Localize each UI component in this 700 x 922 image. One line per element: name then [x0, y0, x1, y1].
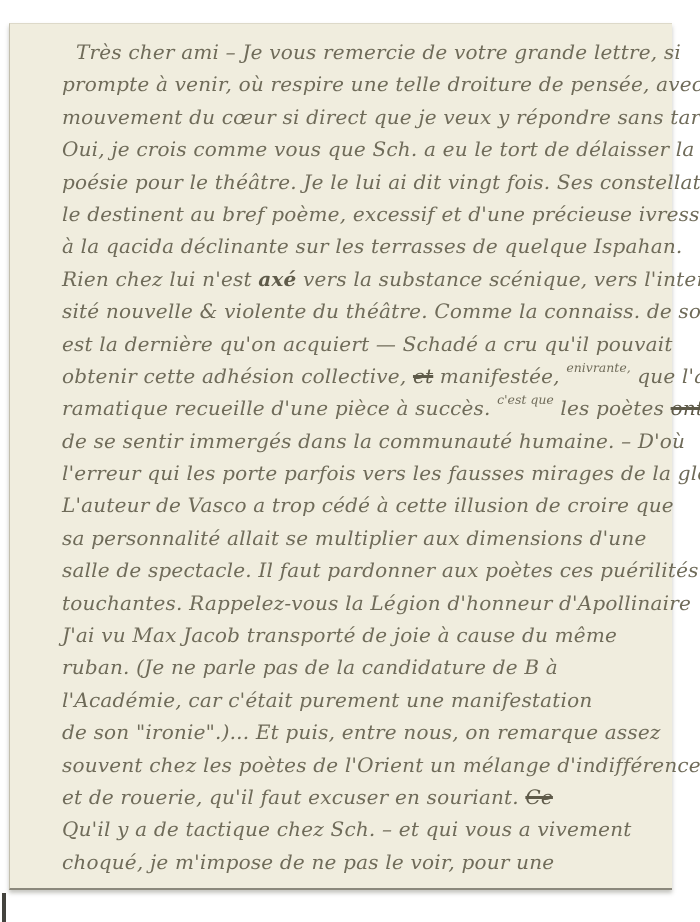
letter-line: mouvement du cœur si direct que je veux …: [62, 101, 666, 133]
inserted-word: c'est que: [497, 394, 554, 407]
letter-body: Très cher ami – Je vous remercie de votr…: [62, 36, 666, 878]
letter-line: Très cher ami – Je vous remercie de votr…: [62, 36, 666, 68]
letter-line: de se sentir immergés dans la communauté…: [62, 425, 666, 457]
letter-line: L'auteur de Vasco a trop cédé à cette il…: [62, 489, 666, 521]
letter-line: obtenir cette adhésion collective, et ma…: [62, 360, 666, 392]
letter-line: l'erreur qui les porte parfois vers les …: [62, 457, 666, 489]
letter-line: Rien chez lui n'est axé vers la substanc…: [62, 263, 666, 295]
line-text: obtenir cette adhésion collective,: [62, 364, 413, 388]
line-text: les poètes: [554, 396, 671, 420]
lower-sheet-edge: [2, 893, 6, 922]
scanned-letter: Très cher ami – Je vous remercie de votr…: [0, 0, 700, 922]
letter-line: est la dernière qu'on acquiert — Schadé …: [62, 328, 666, 360]
letter-line: sa personnalité allait se multiplier aux…: [62, 522, 666, 554]
letter-line: l'Académie, car c'était purement une man…: [62, 684, 666, 716]
letter-line: salle de spectacle. Il faut pardonner au…: [62, 554, 666, 586]
strikethrough-word: Ce: [525, 785, 553, 809]
line-text: et de rouerie, qu'il faut excuser en sou…: [62, 785, 525, 809]
letter-line: choqué, je m'impose de ne pas le voir, p…: [62, 846, 666, 878]
letter-line: le destinent au bref poème, excessif et …: [62, 198, 666, 230]
letter-line: souvent chez les poètes de l'Orient un m…: [62, 749, 666, 781]
letter-page: Très cher ami – Je vous remercie de votr…: [9, 23, 672, 890]
letter-line: de son "ironie".)... Et puis, entre nous…: [62, 716, 666, 748]
line-text: Rien chez lui n'est: [62, 267, 258, 291]
letter-line: poésie pour le théâtre. Je le lui ai dit…: [62, 166, 666, 198]
line-text: vers la substance scénique, vers l'inten: [296, 267, 700, 291]
letter-line: et de rouerie, qu'il faut excuser en sou…: [62, 781, 666, 813]
overwritten-word: axé: [258, 267, 296, 291]
letter-line: Oui, je crois comme vous que Sch. a eu l…: [62, 133, 666, 165]
letter-line: prompte à venir, où respire une telle dr…: [62, 68, 666, 100]
letter-line: J'ai vu Max Jacob transporté de joie à c…: [62, 619, 666, 651]
letter-line: ramatique recueille d'une pièce à succès…: [62, 392, 666, 424]
letter-line: ruban. (Je ne parle pas de la candidatur…: [62, 651, 666, 683]
strikethrough-word: ont: [671, 396, 700, 420]
letter-line: touchantes. Rappelez-vous la Légion d'ho…: [62, 587, 666, 619]
strikethrough-word: et: [413, 364, 433, 388]
inserted-word: enivrante,: [566, 362, 630, 375]
letter-line: à la qacida déclinante sur les terrasses…: [62, 230, 666, 262]
line-text: que l'auteur d: [631, 364, 700, 388]
letter-line: sité nouvelle & violente du théâtre. Com…: [62, 295, 666, 327]
line-text: manifestée,: [433, 364, 560, 388]
letter-line: Qu'il y a de tactique chez Sch. – et qui…: [62, 813, 666, 845]
line-text: ramatique recueille d'une pièce à succès…: [62, 396, 497, 420]
